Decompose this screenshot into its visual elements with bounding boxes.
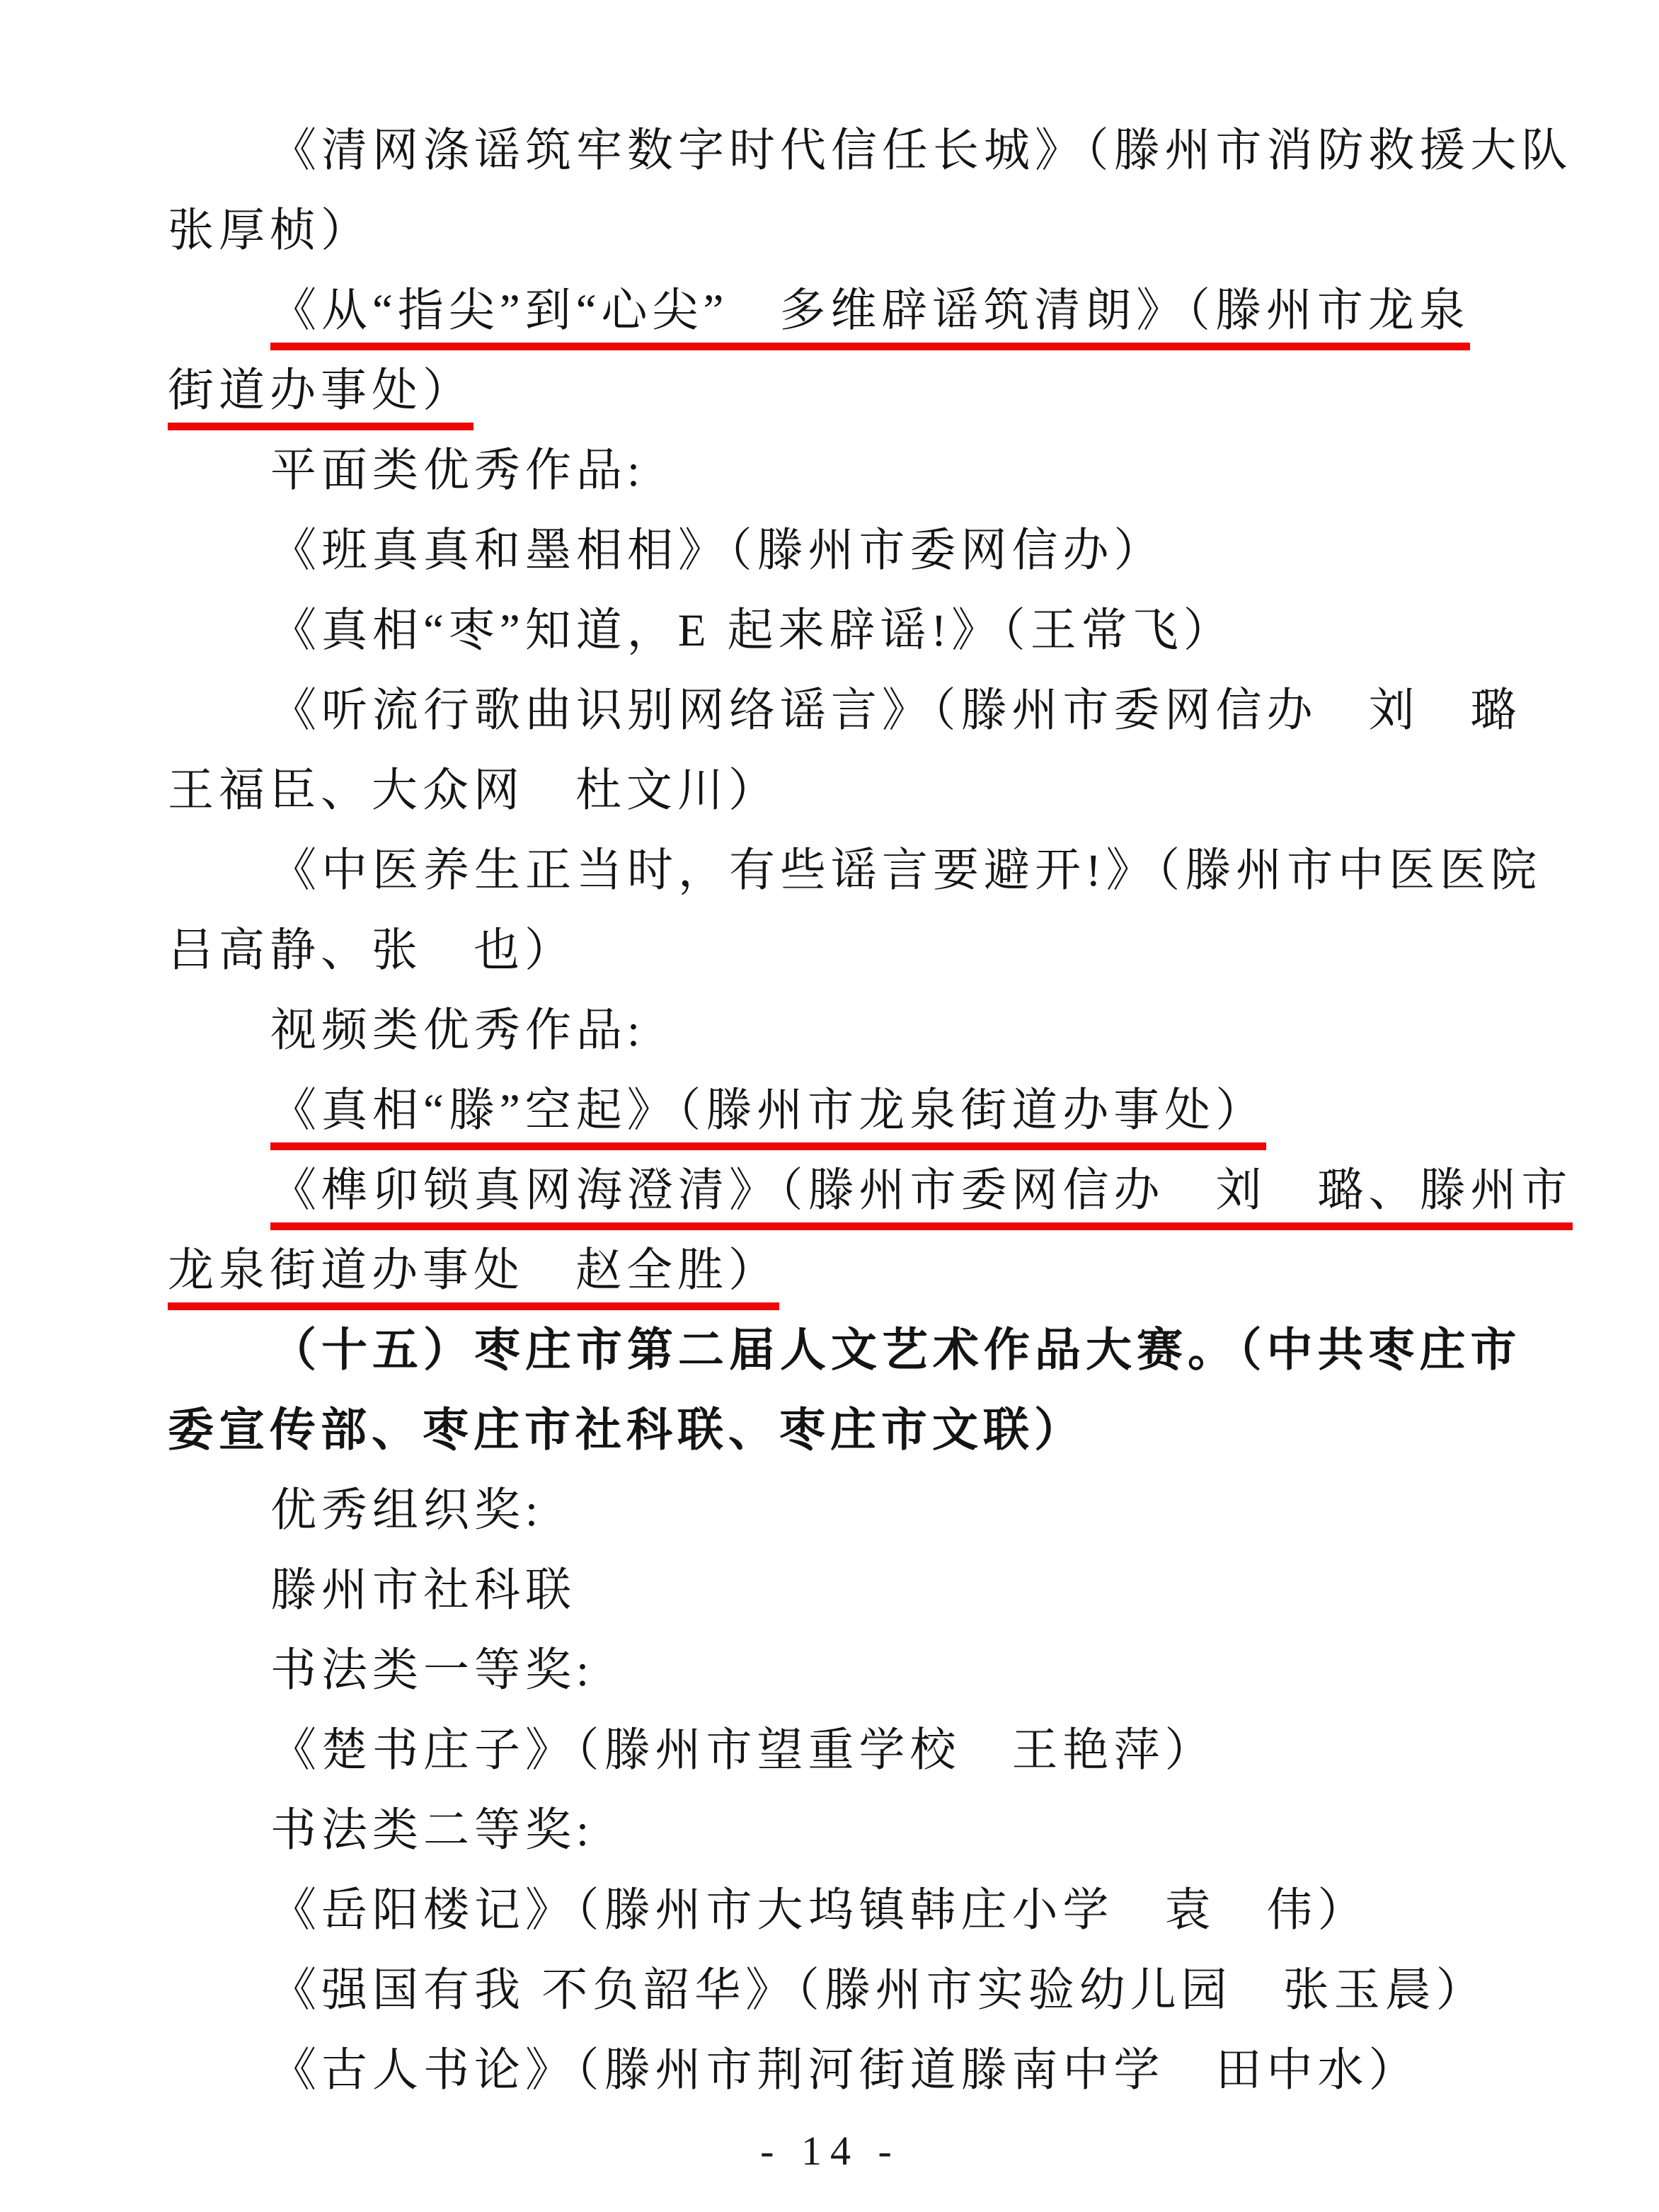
- text-line-21-text: 《楚书庄子》（滕州市望重学校 王艳萍）: [270, 1725, 1216, 1776]
- page-number: - 14 -: [168, 2111, 1493, 2191]
- text-line-13-red-underlined: 《真相“滕”空起》（滕州市龙泉街道办事处）: [168, 1071, 1493, 1151]
- text-line-21: 《楚书庄子》（滕州市望重学校 王艳萍）: [168, 1711, 1493, 1791]
- text-line-13-text: 《真相“滕”空起》（滕州市龙泉街道办事处）: [270, 1085, 1266, 1150]
- text-line-10: 《中医养生正当时，有些谣言要避开!》（滕州市中医医院: [168, 831, 1493, 911]
- text-line-07: 《真相“枣”知道，E 起来辟谣!》（王常飞）: [168, 591, 1493, 671]
- text-line-02-text: 张厚桢）: [168, 205, 372, 256]
- text-line-22-text: 书法类二等奖:: [270, 1805, 594, 1856]
- text-line-22-section-label: 书法类二等奖:: [168, 1791, 1493, 1871]
- text-line-07-text: 《真相“枣”知道，E 起来辟谣!》（王常飞）: [270, 605, 1234, 656]
- text-line-06: 《班真真和墨相相》（滕州市委网信办）: [168, 511, 1493, 591]
- text-line-19: 滕州市社科联: [168, 1551, 1493, 1631]
- document-body: 《清网涤谣筑牢数字时代信任长城》（滕州市消防救援大队 张厚桢） 《从“指尖”到“…: [168, 111, 1493, 2191]
- text-line-12-section-label: 视频类优秀作品:: [168, 991, 1493, 1071]
- text-line-15-text: 龙泉街道办事处 赵全胜）: [168, 1245, 779, 1310]
- text-line-03-red-underlined: 《从“指尖”到“心尖” 多维辟谣筑清朗》（滕州市龙泉: [168, 271, 1493, 351]
- text-line-23: 《岳阳楼记》（滕州市大坞镇韩庄小学 袁 伟）: [168, 1871, 1493, 1951]
- text-line-09: 王福臣、大众网 杜文川）: [168, 751, 1493, 831]
- text-line-23-text: 《岳阳楼记》（滕州市大坞镇韩庄小学 袁 伟）: [270, 1885, 1369, 1936]
- text-line-19-text: 滕州市社科联: [270, 1565, 576, 1616]
- text-line-20-section-label: 书法类一等奖:: [168, 1631, 1493, 1711]
- text-line-05-section-label: 平面类优秀作品:: [168, 431, 1493, 511]
- text-line-15-red-underlined: 龙泉街道办事处 赵全胜）: [168, 1231, 1493, 1311]
- text-line-24: 《强国有我 不负韶华》（滕州市实验幼儿园 张玉晨）: [168, 1951, 1493, 2031]
- text-line-16-heading: （十五）枣庄市第二届人文艺术作品大赛。（中共枣庄市: [168, 1311, 1493, 1391]
- text-line-02: 张厚桢）: [168, 191, 1493, 271]
- text-line-11-text: 吕高静、张 也）: [168, 925, 575, 976]
- text-line-18-text: 优秀组织奖:: [270, 1485, 543, 1536]
- text-line-24-text: 《强国有我 不负韶华》（滕州市实验幼儿园 张玉晨）: [270, 1965, 1487, 2016]
- text-line-05-text: 平面类优秀作品:: [270, 445, 645, 496]
- text-line-06-text: 《班真真和墨相相》（滕州市委网信办）: [270, 525, 1165, 576]
- text-line-14-red-underlined: 《榫卯锁真网海澄清》（滕州市委网信办 刘 璐、滕州市: [168, 1151, 1493, 1231]
- text-line-08: 《听流行歌曲识别网络谣言》（滕州市委网信办 刘 璐: [168, 671, 1493, 751]
- text-line-01-text: 《清网涤谣筑牢数字时代信任长城》（滕州市消防救援大队: [270, 125, 1573, 176]
- text-line-16-text: （十五）枣庄市第二届人文艺术作品大赛。（中共枣庄市: [270, 1325, 1522, 1376]
- text-line-08-text: 《听流行歌曲识别网络谣言》（滕州市委网信办 刘 璐: [270, 685, 1522, 736]
- text-line-14-text: 《榫卯锁真网海澄清》（滕州市委网信办 刘 璐、滕州市: [270, 1165, 1573, 1230]
- text-line-25-text: 《古人书论》（滕州市荆河街道滕南中学 田中水）: [270, 2045, 1420, 2096]
- text-line-17-text: 委宣传部、枣庄市社科联、枣庄市文联）: [168, 1405, 1085, 1456]
- scanned-document-page: { "doc": { "accent_red": "#ee0505", "lin…: [0, 0, 1659, 2212]
- text-line-03-text: 《从“指尖”到“心尖” 多维辟谣筑清朗》（滕州市龙泉: [270, 285, 1470, 350]
- text-line-10-text: 《中医养生正当时，有些谣言要避开!》（滕州市中医医院: [270, 845, 1542, 896]
- text-line-20-text: 书法类一等奖:: [270, 1645, 594, 1696]
- text-line-09-text: 王福臣、大众网 杜文川）: [168, 765, 779, 816]
- text-line-17-heading: 委宣传部、枣庄市社科联、枣庄市文联）: [168, 1391, 1493, 1471]
- text-line-12-text: 视频类优秀作品:: [270, 1005, 645, 1056]
- text-line-04-red-underlined: 街道办事处）: [168, 351, 1493, 431]
- text-line-25: 《古人书论》（滕州市荆河街道滕南中学 田中水）: [168, 2031, 1493, 2111]
- text-line-11: 吕高静、张 也）: [168, 911, 1493, 991]
- text-line-04-text: 街道办事处）: [168, 365, 473, 430]
- text-line-01: 《清网涤谣筑牢数字时代信任长城》（滕州市消防救援大队: [168, 111, 1493, 191]
- text-line-18-section-label: 优秀组织奖:: [168, 1471, 1493, 1551]
